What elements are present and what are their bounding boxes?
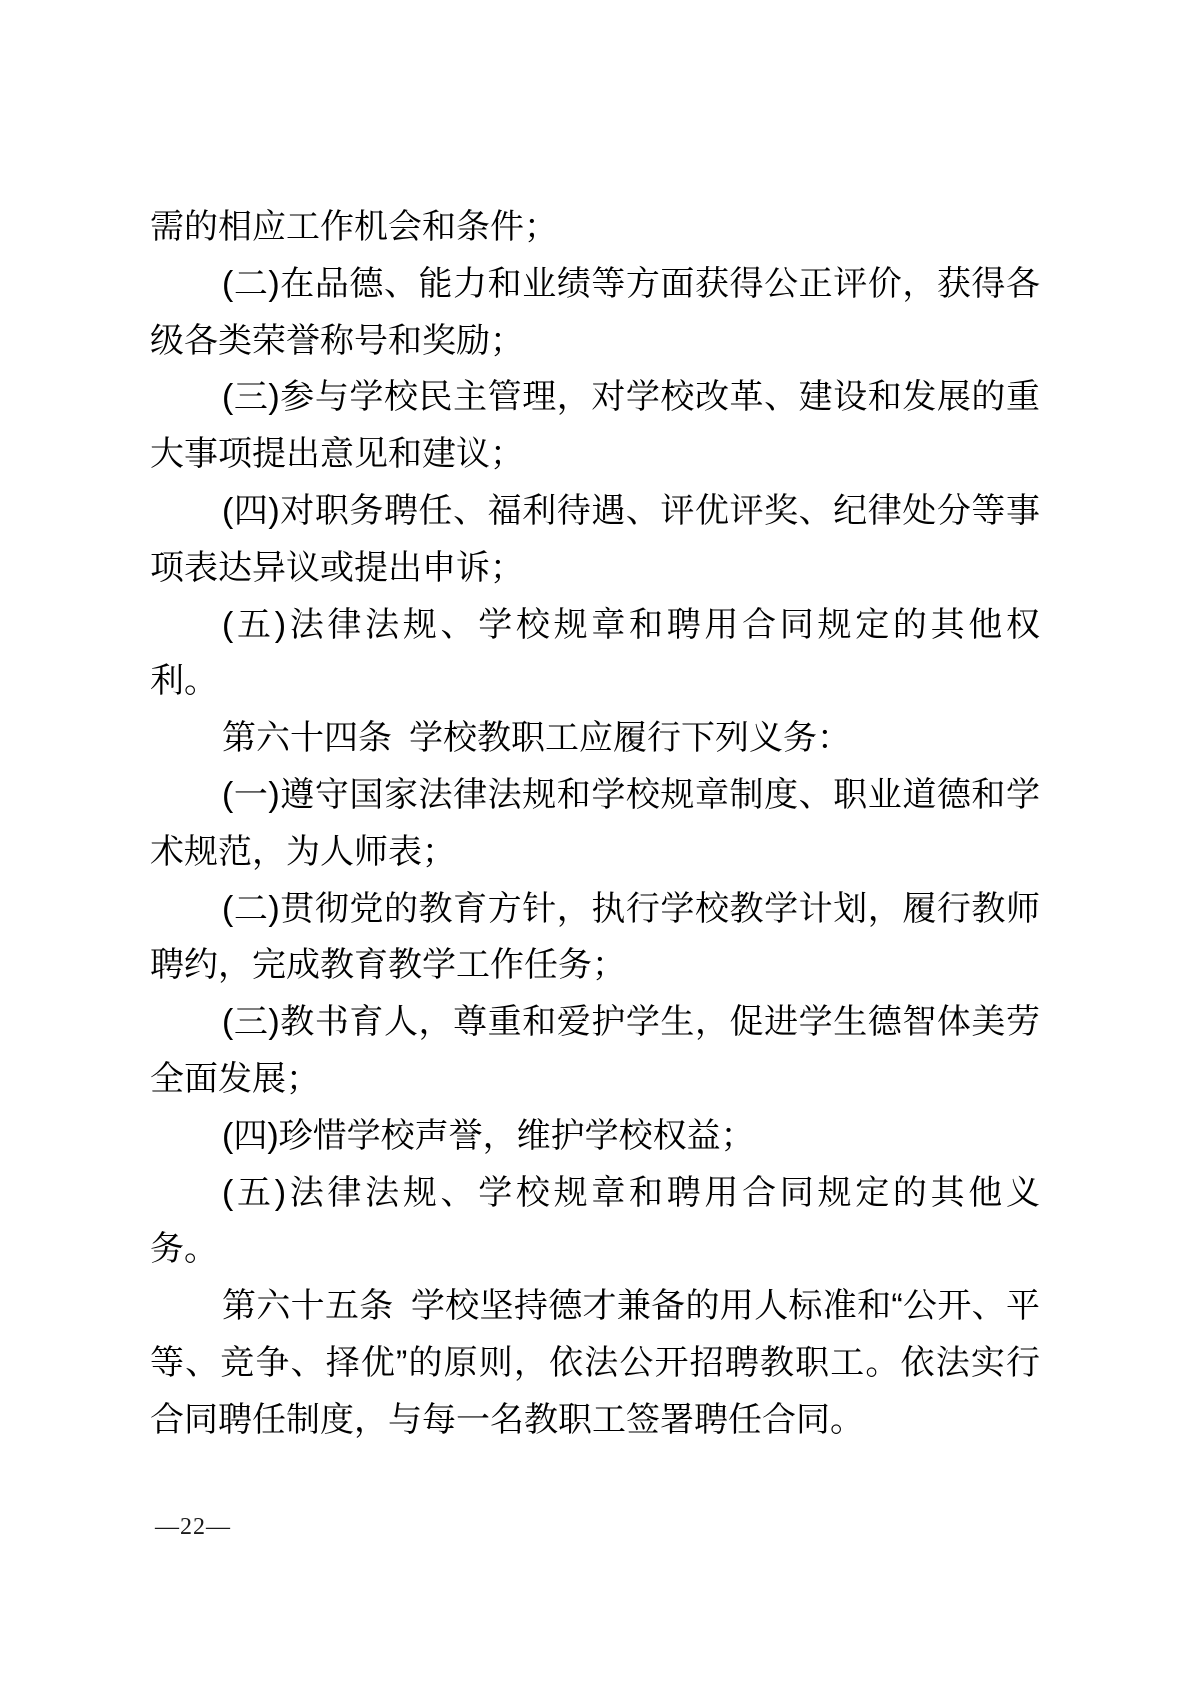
text-line: 务。	[150, 1221, 1040, 1278]
text-line: 需的相应工作机会和条件；	[150, 199, 1040, 256]
document-body: 需的相应工作机会和条件；(二)在品德、能力和业绩等方面获得公正评价，获得各级各类…	[150, 199, 1040, 1449]
text-line: (三)教书育人，尊重和爱护学生，促进学生德智体美劳	[150, 994, 1040, 1051]
text-line: 级各类荣誉称号和奖励；	[150, 313, 1040, 370]
text-line: (三)参与学校民主管理，对学校改革、建设和发展的重	[150, 369, 1040, 426]
text-line: (二)贯彻党的教育方针，执行学校教学计划，履行教师	[150, 881, 1040, 938]
text-line: 合同聘任制度，与每一名教职工签署聘任合同。	[150, 1392, 1040, 1449]
text-line: 第六十四条 学校教职工应履行下列义务：	[150, 710, 1040, 767]
text-line: 利。	[150, 653, 1040, 710]
text-line: 大事项提出意见和建议；	[150, 426, 1040, 483]
text-line: (一)遵守国家法律法规和学校规章制度、职业道德和学	[150, 767, 1040, 824]
page-number: —22—	[155, 1514, 231, 1541]
text-line: (四)对职务聘任、福利待遇、评优评奖、纪律处分等事	[150, 483, 1040, 540]
text-line: 术规范，为人师表；	[150, 824, 1040, 881]
text-line: 第六十五条 学校坚持德才兼备的用人标准和“公开、平	[150, 1278, 1040, 1335]
text-line: 全面发展；	[150, 1051, 1040, 1108]
text-line: (二)在品德、能力和业绩等方面获得公正评价，获得各	[150, 256, 1040, 313]
text-line: 项表达异议或提出申诉；	[150, 540, 1040, 597]
text-line: (五)法律法规、学校规章和聘用合同规定的其他义	[150, 1165, 1040, 1222]
text-line: 聘约，完成教育教学工作任务；	[150, 937, 1040, 994]
text-line: (四)珍惜学校声誉，维护学校权益；	[150, 1108, 1040, 1165]
text-line: (五)法律法规、学校规章和聘用合同规定的其他权	[150, 597, 1040, 654]
document-page: 需的相应工作机会和条件；(二)在品德、能力和业绩等方面获得公正评价，获得各级各类…	[0, 0, 1191, 1684]
text-line: 等、竞争、择优”的原则，依法公开招聘教职工。依法实行	[150, 1335, 1040, 1392]
